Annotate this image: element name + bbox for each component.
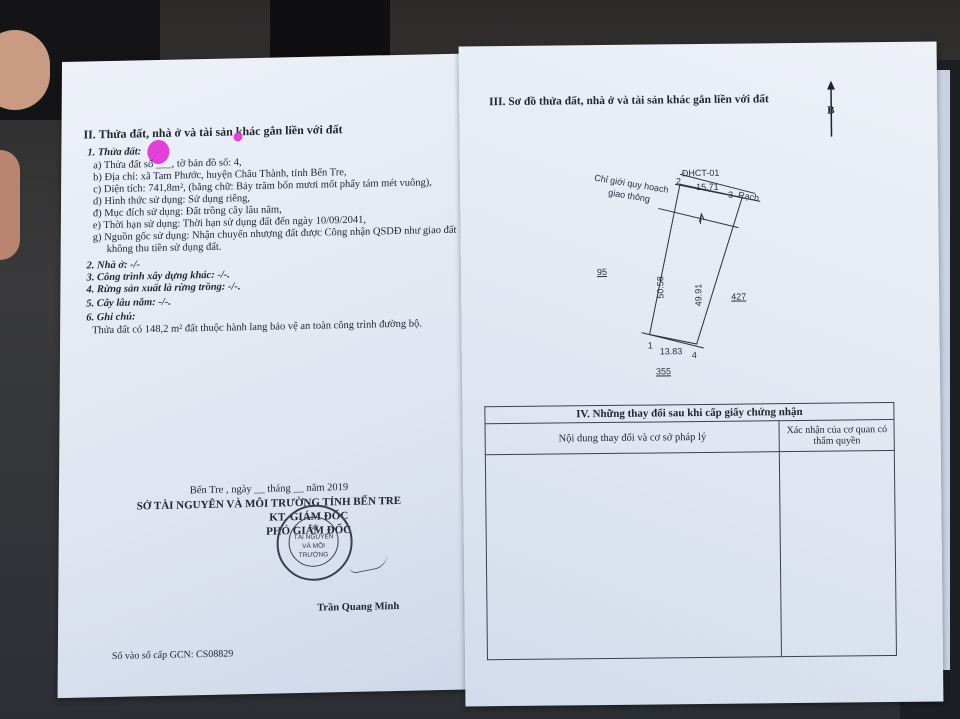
item-6-note: Thửa đất có 148,2 m² đất thuộc hành lang… xyxy=(92,318,422,336)
right-page: III. Sơ đồ thửa đất, nhà ở và tài sản kh… xyxy=(459,42,944,707)
neighbor-parcel-427: 427 xyxy=(731,292,746,302)
neighbor-parcel-355: 355 xyxy=(656,366,671,376)
item-2-house: 2. Nhà ở: -/- xyxy=(87,259,141,271)
left-page: II. Thửa đất, nhà ở và tài sản khác gắn … xyxy=(58,53,482,698)
left-edge-length: 50.58 xyxy=(655,276,665,299)
corner-4: 4 xyxy=(692,350,697,360)
corner-2: 2 xyxy=(676,176,681,186)
registry-number: Số vào sổ cấp GCN: CS08829 xyxy=(112,648,233,662)
finger xyxy=(0,150,20,260)
corner-3: 3 xyxy=(728,190,733,200)
right-edge-length: 49.91 xyxy=(693,284,703,307)
stamp-line-3: VÀ MÔI TRƯỜNG xyxy=(289,541,337,560)
confirm-cell xyxy=(780,450,897,656)
col-confirm-header: Xác nhận của cơ quan có thẩm quyền xyxy=(779,419,894,451)
neighbor-parcel-95: 95 xyxy=(597,267,607,277)
north-label: B xyxy=(827,105,834,117)
changes-cell xyxy=(485,452,782,660)
section-2-title: II. Thửa đất, nhà ở và tài sản khác gắn … xyxy=(83,122,342,142)
changes-table: IV. Những thay đổi sau khi cấp giấy chứn… xyxy=(484,402,897,660)
bottom-edge-length: 13.83 xyxy=(660,346,683,356)
signature xyxy=(347,552,389,574)
item-1-title: 1. Thửa đất: xyxy=(87,146,141,158)
marker-label: ĐHCT-01 xyxy=(682,168,720,178)
corner-1: 1 xyxy=(648,341,653,351)
official-stamp: SỞ TÀI NGUYÊN VÀ MÔI TRƯỜNG xyxy=(276,504,353,582)
col-changes-header: Nội dung thay đổi và cơ sở pháp lý xyxy=(485,421,780,455)
section-3-title: III. Sơ đồ thửa đất, nhà ở và tài sản kh… xyxy=(489,93,769,108)
item-5-perennial: 5. Cây lâu năm: -/-. xyxy=(86,297,171,310)
top-edge-length: 15.71 xyxy=(696,182,719,192)
item-4-forest: 4. Rừng sản xuất là rừng trồng: -/-. xyxy=(86,281,240,295)
item-6-title: 6. Ghi chú: xyxy=(86,311,135,323)
usage-origin-cont: không thu tiền sử dụng đất. xyxy=(107,242,222,255)
redaction-dot xyxy=(233,132,242,141)
